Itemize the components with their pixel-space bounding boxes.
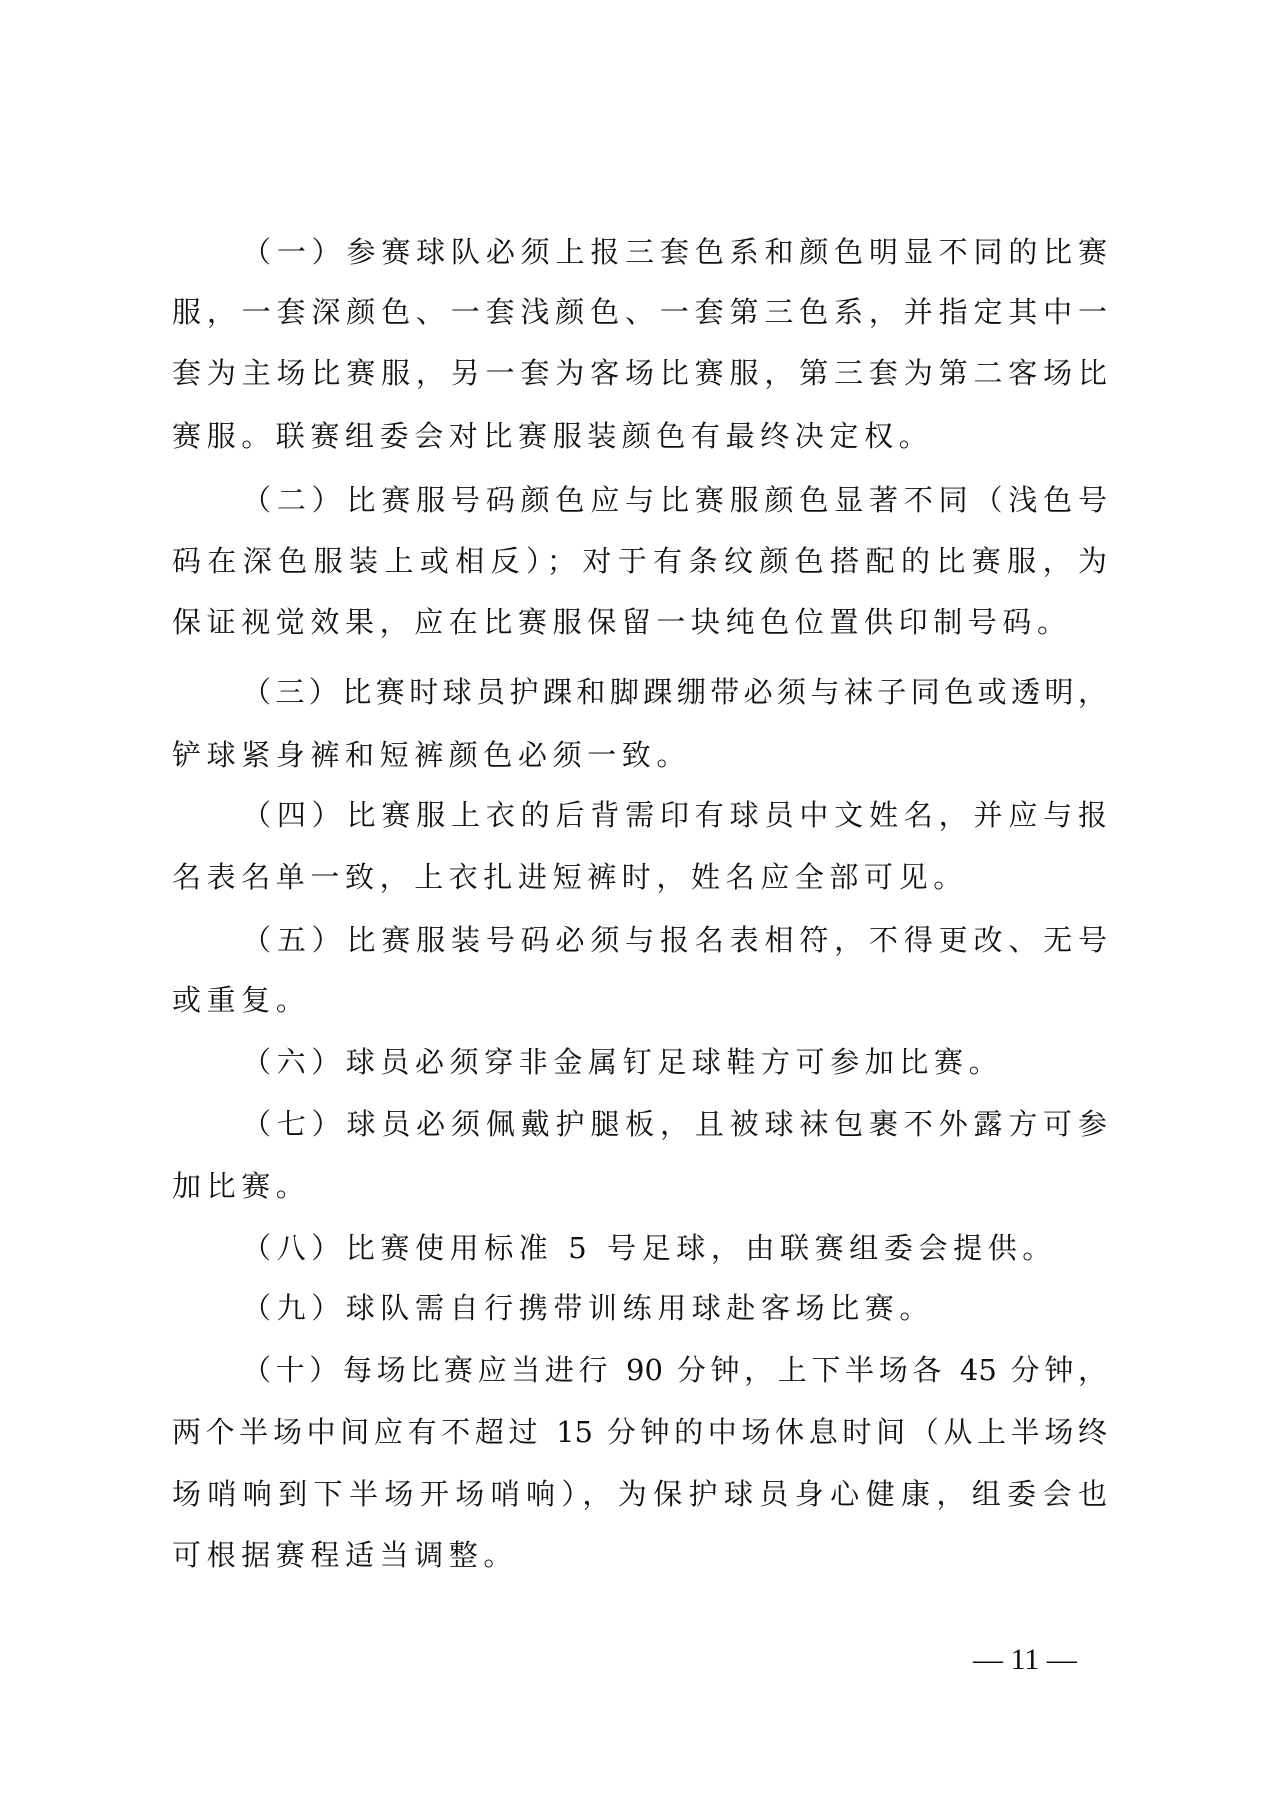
- paragraph-6-line-1: （六）球员必须穿非金属钉足球鞋方可参加比赛。: [242, 1042, 1107, 1082]
- paragraph-9-line-1: （九）球队需自行携带训练用球赴客场比赛。: [242, 1288, 1107, 1328]
- document-page: （一）参赛球队必须上报三套色系和颜色明显不同的比赛 服，一套深颜色、一套浅颜色、…: [0, 0, 1280, 1810]
- paragraph-7-line-1: （七）球员必须佩戴护腿板，且被球袜包裹不外露方可参: [242, 1104, 1107, 1144]
- paragraph-10-line-2: 两个半场中间应有不超过 15 分钟的中场休息时间（从上半场终: [172, 1412, 1107, 1452]
- paragraph-10-line-4: 可根据赛程适当调整。: [172, 1535, 1107, 1575]
- paragraph-1-line-1: （一）参赛球队必须上报三套色系和颜色明显不同的比赛: [242, 232, 1107, 272]
- paragraph-3-line-2: 铲球紧身裤和短裤颜色必须一致。: [172, 735, 1107, 775]
- paragraph-4-line-1: （四）比赛服上衣的后背需印有球员中文姓名，并应与报: [242, 795, 1107, 835]
- paragraph-1-line-3: 套为主场比赛服，另一套为客场比赛服，第三套为第二客场比: [172, 353, 1107, 393]
- paragraph-1-line-2: 服，一套深颜色、一套浅颜色、一套第三色系，并指定其中一: [172, 292, 1107, 332]
- paragraph-8-line-1: （八）比赛使用标准 5 号足球，由联赛组委会提供。: [242, 1228, 1107, 1268]
- paragraph-3-line-1: （三）比赛时球员护踝和脚踝绷带必须与袜子同色或透明，: [242, 672, 1107, 712]
- page-number: — 11 —: [960, 1642, 1090, 1678]
- paragraph-7-line-2: 加比赛。: [172, 1166, 1107, 1206]
- paragraph-10-line-3: 场哨响到下半场开场哨响），为保护球员身心健康，组委会也: [172, 1474, 1107, 1514]
- paragraph-10-line-1: （十）每场比赛应当进行 90 分钟，上下半场各 45 分钟，: [242, 1350, 1107, 1390]
- paragraph-5-line-2: 或重复。: [172, 980, 1107, 1020]
- paragraph-2-line-3: 保证视觉效果，应在比赛服保留一块纯色位置供印制号码。: [172, 602, 1107, 642]
- paragraph-4-line-2: 名表名单一致，上衣扎进短裤时，姓名应全部可见。: [172, 857, 1107, 897]
- paragraph-1-line-4: 赛服。联赛组委会对比赛服装颜色有最终决定权。: [172, 416, 1107, 456]
- paragraph-2-line-1: （二）比赛服号码颜色应与比赛服颜色显著不同（浅色号: [242, 480, 1107, 520]
- paragraph-5-line-1: （五）比赛服装号码必须与报名表相符，不得更改、无号: [242, 920, 1107, 960]
- paragraph-2-line-2: 码在深色服装上或相反）；对于有条纹颜色搭配的比赛服，为: [172, 541, 1107, 581]
